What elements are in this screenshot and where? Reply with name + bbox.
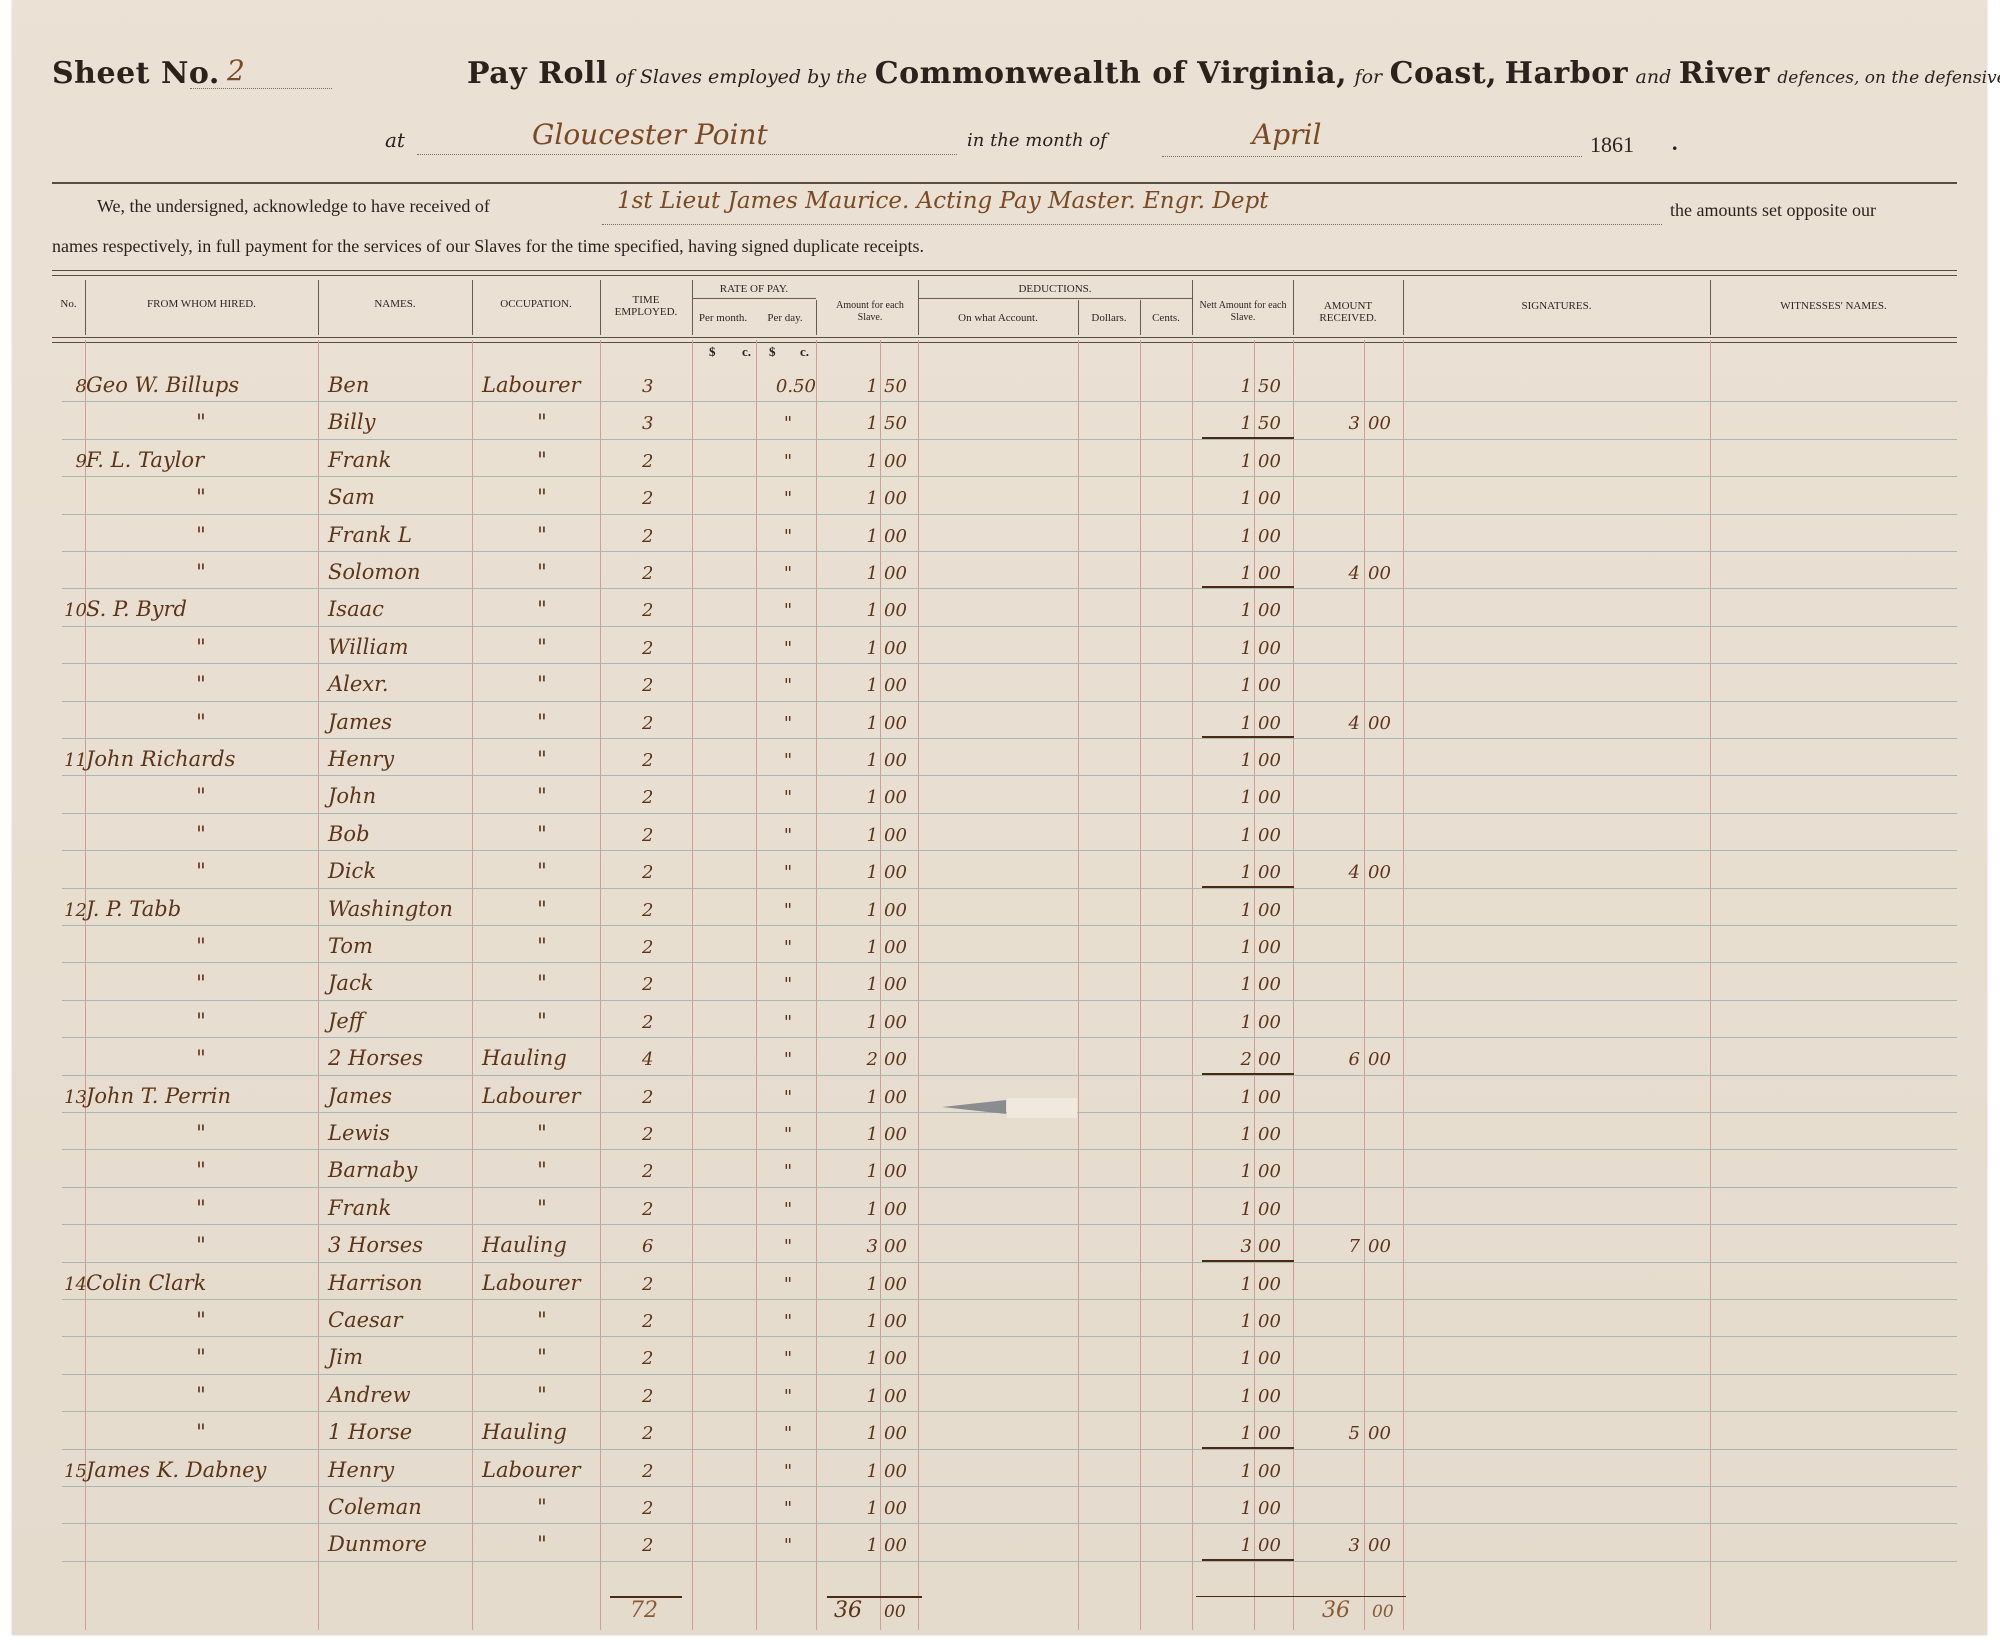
table-top-rule — [52, 270, 1957, 276]
received-dollars: 3 — [1302, 413, 1360, 434]
nett-cents: 00 — [1258, 825, 1294, 846]
amount-cents: 00 — [884, 1311, 920, 1332]
table-row: "2 HorsesHauling4"200200600 — [12, 1037, 1907, 1074]
per-day-rate: " — [760, 526, 816, 547]
occupation: " — [482, 897, 602, 921]
nett-dollars: 1 — [1208, 1311, 1252, 1332]
amount-dollars: 1 — [832, 563, 878, 584]
table-row: "Solomon"2"100100400 — [12, 551, 1907, 588]
received-cents: 00 — [1368, 862, 1404, 883]
amount-cents: 00 — [884, 1274, 920, 1295]
table-row: "James"2"100100400 — [12, 701, 1907, 738]
slave-name: William — [328, 635, 478, 659]
table-row: "Sam"2"100100 — [12, 476, 1907, 513]
amount-dollars: 1 — [832, 974, 878, 995]
col-dollars: Dollars. — [1078, 312, 1140, 324]
amount-dollars: 1 — [832, 1348, 878, 1369]
occupation: Labourer — [482, 373, 602, 397]
slave-name: Caesar — [328, 1308, 478, 1332]
amount-cents: 00 — [884, 488, 920, 509]
hired-from: John Richards — [86, 747, 316, 771]
table-row: 8Geo W. BillupsBenLabourer30.50150150 — [12, 364, 1907, 401]
amount-dollars: 2 — [832, 1049, 878, 1070]
occupation: " — [482, 410, 602, 434]
col-sep — [1192, 280, 1193, 335]
hired-from: " — [86, 1233, 316, 1257]
nett-dollars: 1 — [1208, 713, 1252, 734]
time-employed: 2 — [642, 526, 672, 547]
hired-from: " — [86, 523, 316, 547]
hired-from: " — [86, 410, 316, 434]
time-employed: 2 — [642, 1535, 672, 1556]
received-cents: 00 — [1368, 1236, 1404, 1257]
col-occupation: Occupation. — [472, 298, 600, 310]
nett-dollars: 2 — [1208, 1049, 1252, 1070]
amount-dollars: 1 — [832, 1087, 878, 1108]
row-rule — [62, 1561, 1957, 1562]
slave-name: Lewis — [328, 1121, 478, 1145]
document-title: Pay Roll of Slaves employed by the Commo… — [467, 56, 2000, 91]
received-cents: 00 — [1368, 413, 1404, 434]
amount-cents: 00 — [884, 1012, 920, 1033]
hired-from: " — [86, 934, 316, 958]
per-day-rate: " — [760, 713, 816, 734]
amount-dollars: 1 — [832, 1461, 878, 1482]
time-employed: 2 — [642, 1161, 672, 1182]
slave-name: Solomon — [328, 560, 478, 584]
hired-from: Colin Clark — [86, 1271, 316, 1295]
table-row: Coleman"2"100100 — [12, 1486, 1907, 1523]
occupation: " — [482, 635, 602, 659]
nett-cents: 00 — [1258, 937, 1294, 958]
table-row: "Frank L"2"100100 — [12, 514, 1907, 551]
occupation: " — [482, 971, 602, 995]
time-employed: 4 — [642, 1049, 672, 1070]
per-day-rate: " — [760, 825, 816, 846]
amount-cents: 00 — [884, 1124, 920, 1145]
col-cents: Cents. — [1140, 312, 1192, 324]
occupation: " — [482, 934, 602, 958]
title-of-slaves: of Slaves employed by the — [615, 66, 867, 88]
per-day-rate: " — [760, 862, 816, 883]
received-total-underline — [1196, 1596, 1406, 1597]
time-employed: 2 — [642, 638, 672, 659]
table-row: 12J. P. TabbWashington"2"100100 — [12, 888, 1907, 925]
row-number: 12 — [59, 900, 87, 921]
nett-dollars: 1 — [1208, 1386, 1252, 1407]
col-signatures: Signatures. — [1403, 300, 1710, 312]
title-harbor: Harbor — [1505, 56, 1628, 91]
time-employed: 2 — [642, 1199, 672, 1220]
col-per-month: Per month. — [692, 312, 754, 324]
amount-dollars: 1 — [832, 1535, 878, 1556]
sheet-label: Sheet No. — [52, 56, 220, 91]
col-deductions: Deductions. — [918, 283, 1192, 295]
per-day-rate: " — [760, 974, 816, 995]
slave-name: Tom — [328, 934, 478, 958]
occupation: " — [482, 1345, 602, 1369]
location-line — [417, 154, 957, 155]
occupation: Labourer — [482, 1458, 602, 1482]
table-row: "Dick"2"100100400 — [12, 850, 1907, 887]
amount-cents: 00 — [884, 1199, 920, 1220]
per-day-rate: " — [760, 563, 816, 584]
nett-dollars: 1 — [1208, 1087, 1252, 1108]
nett-dollars: 1 — [1208, 526, 1252, 547]
amount-dollars: 1 — [832, 1311, 878, 1332]
time-employed: 2 — [642, 1461, 672, 1482]
row-number: 10 — [59, 600, 87, 621]
amount-cents: 00 — [884, 825, 920, 846]
table-row: "William"2"100100 — [12, 626, 1907, 663]
per-day-cent-mark: c. — [800, 344, 809, 360]
nett-cents: 00 — [1258, 1461, 1294, 1482]
received-dollars: 7 — [1302, 1236, 1360, 1257]
col-on-what-account: On what Account. — [918, 312, 1078, 324]
time-employed: 2 — [642, 862, 672, 883]
slave-name: Henry — [328, 1458, 478, 1482]
per-day-dollar-mark: $ — [769, 344, 776, 360]
nett-cents: 00 — [1258, 600, 1294, 621]
occupation: " — [482, 485, 602, 509]
nett-dollars: 1 — [1208, 1161, 1252, 1182]
title-commonwealth: Commonwealth of Virginia, — [875, 56, 1347, 91]
per-day-rate: " — [760, 937, 816, 958]
amount-cents: 00 — [884, 862, 920, 883]
per-day-rate: " — [760, 1012, 816, 1033]
received-dollars: 4 — [1302, 563, 1360, 584]
slave-name: Frank — [328, 448, 478, 472]
nett-dollars: 1 — [1208, 376, 1252, 397]
nett-dollars: 1 — [1208, 862, 1252, 883]
nett-dollars: 1 — [1208, 1012, 1252, 1033]
row-number: 13 — [59, 1087, 87, 1108]
occupation: Labourer — [482, 1271, 602, 1295]
month-label: in the month of — [967, 130, 1107, 151]
nett-cents: 00 — [1258, 451, 1294, 472]
nett-cents: 00 — [1258, 1348, 1294, 1369]
received-dollars: 4 — [1302, 713, 1360, 734]
received-dollars: 5 — [1302, 1423, 1360, 1444]
hired-from: James K. Dabney — [86, 1458, 316, 1482]
received-cents: 00 — [1368, 563, 1404, 584]
occupation: " — [482, 1196, 602, 1220]
table-row: 10S. P. ByrdIsaac"2"100100 — [12, 588, 1907, 625]
total-received-dollars: 36 — [1322, 1598, 1350, 1623]
time-employed: 2 — [642, 1274, 672, 1295]
amount-cents: 00 — [884, 974, 920, 995]
slave-name: James — [328, 710, 478, 734]
sheet-number: 2 — [227, 54, 245, 87]
amount-dollars: 3 — [832, 1236, 878, 1257]
nett-cents: 00 — [1258, 1498, 1294, 1519]
amount-cents: 00 — [884, 675, 920, 696]
slave-name: Coleman — [328, 1495, 478, 1519]
per-day-rate: " — [760, 1386, 816, 1407]
per-day-rate: " — [760, 1423, 816, 1444]
nett-cents: 00 — [1258, 488, 1294, 509]
title-river: River — [1679, 56, 1770, 91]
table-row: 9F. L. TaylorFrank"2"100100 — [12, 439, 1907, 476]
nett-cents: 00 — [1258, 1161, 1294, 1182]
table-row: "Caesar"2"100100 — [12, 1299, 1907, 1336]
nett-cents: 00 — [1258, 1386, 1294, 1407]
sheet-number-line — [190, 88, 332, 89]
hired-from: " — [86, 710, 316, 734]
slave-name: Jack — [328, 971, 478, 995]
amount-cents: 00 — [884, 526, 920, 547]
at-label: at — [385, 128, 405, 152]
col-names: Names. — [318, 298, 472, 310]
title-and: and — [1636, 66, 1672, 88]
time-employed: 2 — [642, 713, 672, 734]
amount-dollars: 1 — [832, 488, 878, 509]
col-sep — [1293, 280, 1294, 335]
amount-dollars: 1 — [832, 600, 878, 621]
occupation: Labourer — [482, 1084, 602, 1108]
per-day-rate: " — [760, 675, 816, 696]
amount-cents: 00 — [884, 713, 920, 734]
occupation: " — [482, 710, 602, 734]
time-employed: 2 — [642, 900, 672, 921]
amount-cents: 00 — [884, 1498, 920, 1519]
hired-from: Geo W. Billups — [86, 373, 316, 397]
occupation: " — [482, 1308, 602, 1332]
amount-dollars: 1 — [832, 1498, 878, 1519]
nett-cents: 00 — [1258, 1311, 1294, 1332]
table-row: 11John RichardsHenry"2"100100 — [12, 738, 1907, 775]
table-row: "Jim"2"100100 — [12, 1336, 1907, 1373]
amount-dollars: 1 — [832, 1124, 878, 1145]
per-month-dollar-mark: $ — [709, 344, 716, 360]
row-number: 11 — [59, 750, 87, 771]
table-header-bottom-rule — [52, 337, 1957, 343]
per-day-rate: " — [760, 787, 816, 808]
time-employed: 3 — [642, 413, 672, 434]
title-pay-roll: Pay Roll — [467, 56, 608, 91]
per-day-rate: " — [760, 1461, 816, 1482]
occupation: " — [482, 822, 602, 846]
time-employed: 3 — [642, 376, 672, 397]
time-employed: 2 — [642, 1348, 672, 1369]
amount-dollars: 1 — [832, 787, 878, 808]
nett-cents: 00 — [1258, 1124, 1294, 1145]
slave-name: 2 Horses — [328, 1046, 478, 1070]
per-day-rate: " — [760, 638, 816, 659]
per-day-rate: " — [760, 413, 816, 434]
nett-cents: 00 — [1258, 787, 1294, 808]
amount-dollars: 1 — [832, 862, 878, 883]
amount-cents: 00 — [884, 750, 920, 771]
hired-from: " — [86, 859, 316, 883]
amount-cents: 00 — [884, 1161, 920, 1182]
received-cents: 00 — [1368, 713, 1404, 734]
nett-dollars: 1 — [1208, 488, 1252, 509]
col-sep — [816, 300, 817, 335]
amount-dollars: 1 — [832, 1161, 878, 1182]
received-cents: 00 — [1368, 1049, 1404, 1070]
amount-dollars: 1 — [832, 675, 878, 696]
row-number: 9 — [59, 451, 87, 472]
occupation: " — [482, 1158, 602, 1182]
received-dollars: 3 — [1302, 1535, 1360, 1556]
hired-from: " — [86, 1121, 316, 1145]
nett-dollars: 1 — [1208, 750, 1252, 771]
occupation: " — [482, 1009, 602, 1033]
amount-dollars: 1 — [832, 1423, 878, 1444]
col-hired-from: From whom hired. — [85, 298, 318, 310]
occupation: " — [482, 1532, 602, 1556]
time-employed: 6 — [642, 1236, 672, 1257]
nett-cents: 00 — [1258, 1049, 1294, 1070]
title-for: for — [1355, 66, 1383, 88]
amount-dollars: 1 — [832, 750, 878, 771]
nett-dollars: 1 — [1208, 1498, 1252, 1519]
nett-dollars: 1 — [1208, 974, 1252, 995]
slave-name: Dunmore — [328, 1532, 478, 1556]
total-amount-dollars: 36 — [834, 1598, 862, 1623]
slave-name: Frank — [328, 1196, 478, 1220]
nett-cents: 00 — [1258, 713, 1294, 734]
amount-cents: 00 — [884, 787, 920, 808]
nett-cents: 00 — [1258, 1087, 1294, 1108]
table-row: 14Colin ClarkHarrisonLabourer2"100100 — [12, 1262, 1907, 1299]
amount-dollars: 1 — [832, 638, 878, 659]
table-row: "Barnaby"2"100100 — [12, 1149, 1907, 1186]
hired-from: " — [86, 1046, 316, 1070]
per-day-rate: " — [760, 488, 816, 509]
time-employed: 2 — [642, 1087, 672, 1108]
hired-from: " — [86, 560, 316, 584]
occupation: " — [482, 560, 602, 584]
hired-from: " — [86, 971, 316, 995]
amount-dollars: 1 — [832, 413, 878, 434]
nett-cents: 00 — [1258, 1423, 1294, 1444]
time-employed: 2 — [642, 1423, 672, 1444]
col-witnesses: Witnesses' Names. — [1710, 300, 1957, 312]
col-amount-each: Amount for each Slave. — [830, 300, 910, 324]
per-day-rate: " — [760, 600, 816, 621]
nett-cents: 00 — [1258, 1274, 1294, 1295]
time-employed: 2 — [642, 825, 672, 846]
occupation: " — [482, 597, 602, 621]
nett-cents: 00 — [1258, 1012, 1294, 1033]
received-cents: 00 — [1368, 1423, 1404, 1444]
slave-name: Dick — [328, 859, 478, 883]
header-divider — [52, 182, 1957, 184]
amount-cents: 00 — [884, 1461, 920, 1482]
nett-dollars: 1 — [1208, 1348, 1252, 1369]
per-day-rate: " — [760, 1348, 816, 1369]
per-day-rate: " — [760, 1311, 816, 1332]
per-day-rate: " — [760, 1535, 816, 1556]
total-time: 72 — [630, 1598, 658, 1623]
slave-name: Isaac — [328, 597, 478, 621]
nett-cents: 00 — [1258, 1535, 1294, 1556]
hired-from: F. L. Taylor — [86, 448, 316, 472]
nett-cents: 00 — [1258, 638, 1294, 659]
per-day-rate: " — [760, 1236, 816, 1257]
received-dollars: 4 — [1302, 862, 1360, 883]
nett-dollars: 1 — [1208, 563, 1252, 584]
nett-cents: 00 — [1258, 526, 1294, 547]
amount-dollars: 1 — [832, 825, 878, 846]
slave-name: Alexr. — [328, 672, 478, 696]
nett-dollars: 1 — [1208, 1535, 1252, 1556]
amount-dollars: 1 — [832, 937, 878, 958]
col-time-employed: Time Employed. — [600, 294, 692, 318]
nett-dollars: 1 — [1208, 638, 1252, 659]
nett-cents: 00 — [1258, 862, 1294, 883]
amount-cents: 00 — [884, 563, 920, 584]
slave-name: Harrison — [328, 1271, 478, 1295]
time-employed: 2 — [642, 675, 672, 696]
row-number: 14 — [59, 1274, 87, 1295]
table-row: "Billy"3"150150300 — [12, 401, 1907, 438]
time-employed: 2 — [642, 488, 672, 509]
hired-from: " — [86, 784, 316, 808]
amount-cents: 00 — [884, 1423, 920, 1444]
table-row: "Bob"2"100100 — [12, 813, 1907, 850]
nett-dollars: 1 — [1208, 937, 1252, 958]
occupation: " — [482, 859, 602, 883]
per-day-rate: " — [760, 1049, 816, 1070]
occupation: " — [482, 672, 602, 696]
occupation: " — [482, 784, 602, 808]
deductions-subrule — [918, 298, 1192, 299]
slave-name: Ben — [328, 373, 478, 397]
received-cents: 00 — [1368, 1535, 1404, 1556]
amount-cents: 50 — [884, 413, 920, 434]
time-employed: 2 — [642, 750, 672, 771]
table-row: "1 HorseHauling2"100100500 — [12, 1411, 1907, 1448]
nett-dollars: 1 — [1208, 451, 1252, 472]
amount-dollars: 1 — [832, 1199, 878, 1220]
hired-from: " — [86, 672, 316, 696]
amount-cents: 00 — [884, 1386, 920, 1407]
nett-cents: 00 — [1258, 675, 1294, 696]
slave-name: Sam — [328, 485, 478, 509]
occupation: " — [482, 1495, 602, 1519]
ack-suffix: the amounts set opposite our — [1670, 200, 1876, 221]
received-dollars: 6 — [1302, 1049, 1360, 1070]
amount-cents: 00 — [884, 937, 920, 958]
hired-from: " — [86, 1308, 316, 1332]
time-employed: 2 — [642, 974, 672, 995]
slave-name: 1 Horse — [328, 1420, 478, 1444]
per-day-rate: " — [760, 1498, 816, 1519]
hired-from: " — [86, 1383, 316, 1407]
table-row: "Tom"2"100100 — [12, 925, 1907, 962]
nett-dollars: 1 — [1208, 825, 1252, 846]
slave-name: Billy — [328, 410, 478, 434]
amount-dollars: 1 — [832, 1274, 878, 1295]
amount-cents: 00 — [884, 1087, 920, 1108]
occupation: " — [482, 1121, 602, 1145]
paymaster-value: 1st Lieut James Maurice. Acting Pay Mast… — [617, 188, 1268, 214]
time-employed: 2 — [642, 787, 672, 808]
time-employed: 2 — [642, 451, 672, 472]
paper-repair — [1007, 1098, 1077, 1118]
slave-name: John — [328, 784, 478, 808]
hired-from: " — [86, 1345, 316, 1369]
table-row: "Frank"2"100100 — [12, 1187, 1907, 1224]
per-day-rate: 0.50 — [760, 376, 816, 397]
amount-cents: 00 — [884, 1236, 920, 1257]
title-rest: defences, on the defensive works — [1777, 68, 2000, 88]
table-row: "3 HorsesHauling6"300300700 — [12, 1224, 1907, 1261]
slave-name: Jeff — [328, 1009, 478, 1033]
